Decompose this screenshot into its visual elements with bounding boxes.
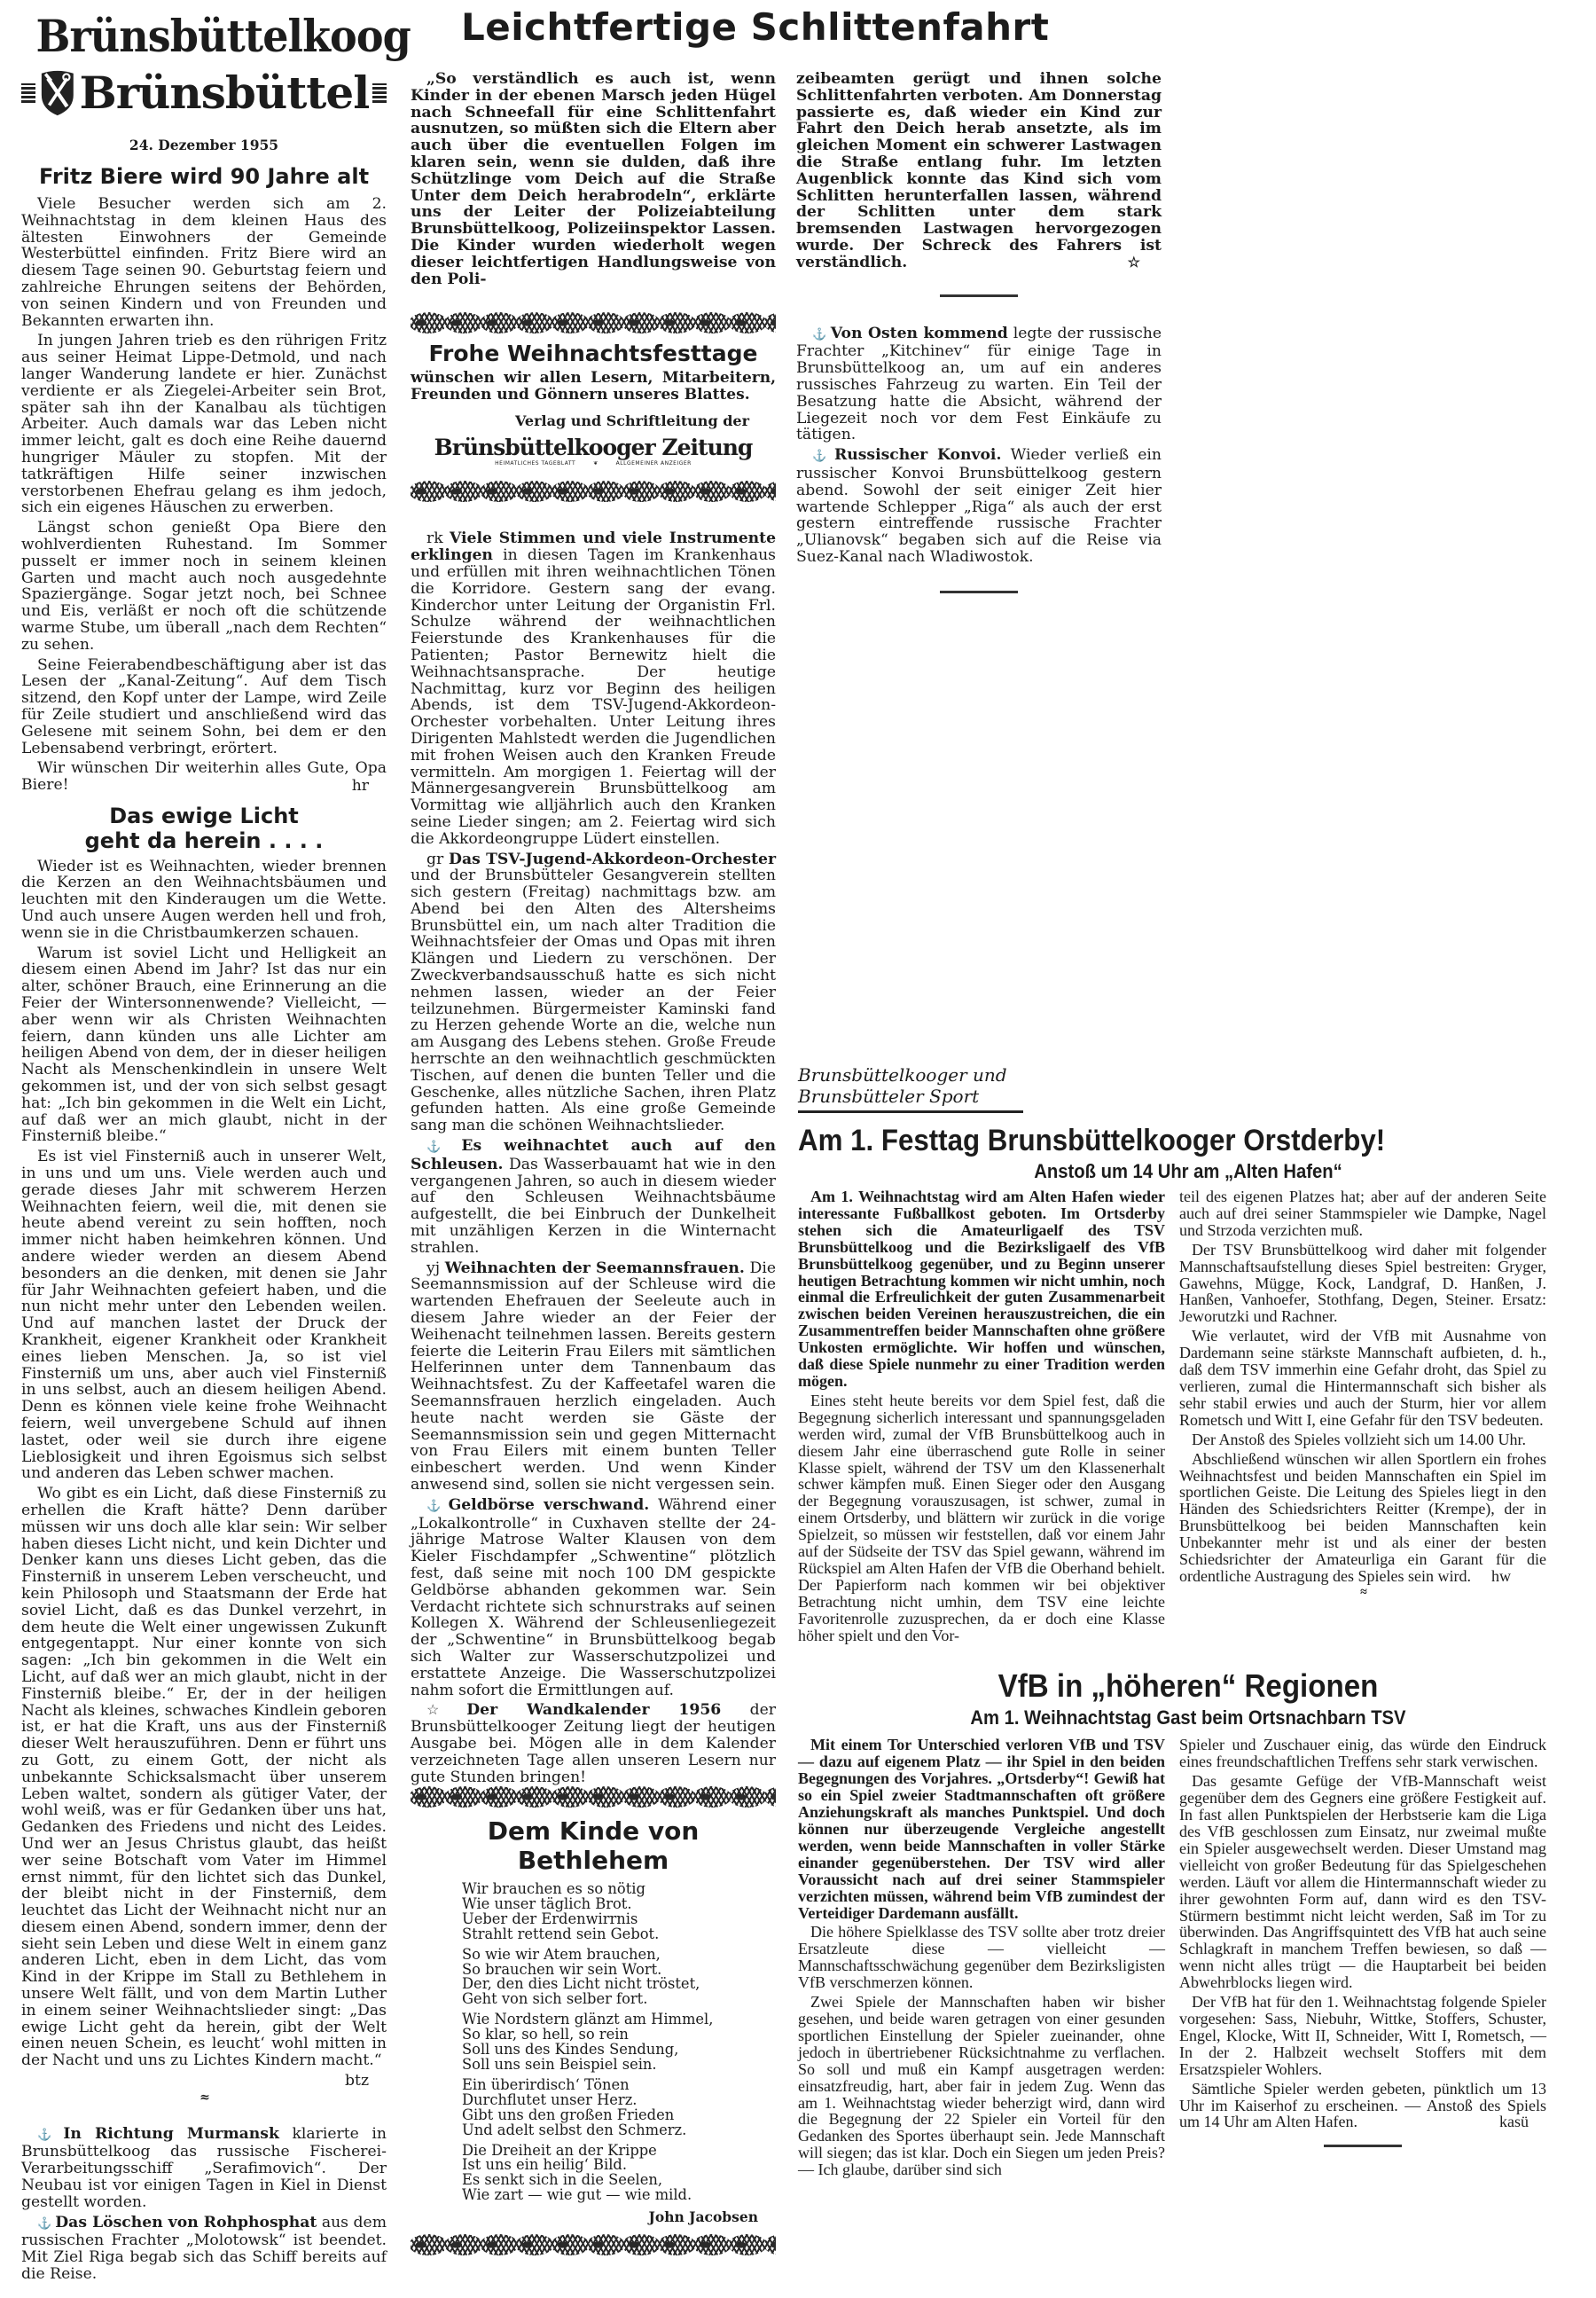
derby-headline: Am 1. Festtag Brunsbüttelkooger Orstderb… (798, 1124, 1516, 1158)
anchor-icon: ⚓ (37, 2217, 51, 2231)
list-item: ⚓Russischer Konvoi. Wieder verließ ein r… (796, 447, 1162, 566)
logo-left-text: HEIMATLICHES TAGEBLATT (495, 460, 575, 467)
ribbon-right-icon (372, 83, 387, 103)
paragraph: Wie verlautet, wird der VfB mit Ausnahme… (1179, 1328, 1546, 1428)
paragraph: Abschließend wünschen wir allen Sportler… (1179, 1451, 1546, 1585)
paragraph: Spieler und Zuschauer einig, das würde d… (1179, 1737, 1546, 1770)
divider (940, 591, 1018, 593)
schlitten-article-part-2: zeibeamten gerügt und ihnen solche Schli… (796, 71, 1162, 271)
list-item: yj Weihnachten der Seemannsfrauen. Die S… (411, 1260, 776, 1494)
paragraph: Wo gibt es ein Licht, daß diese Finstern… (21, 1486, 387, 2069)
author-code: yj (426, 1259, 440, 1277)
middle-column: „So verständlich es auch ist, wenn Kinde… (411, 71, 776, 1789)
masthead-title-1: Brünsbüttelkoog (35, 12, 372, 60)
paragraph: „So verständlich es auch ist, wenn Kinde… (411, 71, 776, 287)
fir-garland-bottom-icon (411, 2232, 776, 2257)
masthead-row-2: Brünsbüttel (21, 60, 387, 126)
anchor-icon: ⚓ (812, 328, 827, 341)
list-item: ☆Der Wandkalender 1956 der Brunsbüttelko… (411, 1702, 776, 1785)
sport-section-header: Brunsbüttelkooger und Brunsbütteler Spor… (798, 1064, 1023, 1113)
poem-stanza: Ein überirdisch‘ Tönen Durchflutet unser… (462, 2078, 776, 2138)
vfb-col-2: Spieler und Zuschauer einig, das würde d… (1179, 1737, 1546, 2181)
paragraph: Der Anstoß des Spieles vollzieht sich um… (1179, 1431, 1546, 1448)
poem-line: So wie wir Atem brauchen, (462, 1948, 776, 1963)
frohe-headline: Frohe Weihnachtsfesttage (411, 341, 776, 366)
divider (798, 1110, 1023, 1113)
sport-section-title: Brunsbüttelkooger und Brunsbütteler Spor… (798, 1064, 1023, 1107)
author-code: rk (426, 529, 443, 547)
zeitung-logo-sub: HEIMATLICHES TAGEBLATT ❦ ALLGEMEINER ANZ… (411, 460, 776, 467)
poem-title: Dem Kinde von Bethlehem (411, 1816, 776, 1875)
poem-line: Wie zart — wie gut — wie mild. (462, 2188, 776, 2203)
paragraph: Viele Besucher werden sich am 2. Weihnac… (21, 196, 387, 329)
vfb-col-1: Mit einem Tor Unterschied verloren VfB u… (798, 1737, 1165, 2181)
frohe-text: wünschen wir allen Lesern, Mitarbeitern,… (411, 370, 776, 404)
paragraph: Wieder ist es Weihnachten, wieder brenne… (21, 859, 387, 942)
paragraph: Seine Feierabendbeschäftigung aber ist d… (21, 657, 387, 757)
paragraph: Das gesamte Gefüge der VfB-Mannschaft we… (1179, 1773, 1546, 1991)
local-news: rk Viele Stimmen und viele Instrumente e… (411, 530, 776, 1785)
paragraph: Die höhere Spielklasse des TSV sollte ab… (798, 1924, 1165, 1991)
separator-wave-icon: ≈ (1179, 1585, 1546, 1602)
paragraph: zeibeamten gerügt und ihnen solche Schli… (796, 71, 1162, 271)
headline-line-2: geht da herein . . . . (85, 828, 324, 853)
star-icon: ☆ (1128, 255, 1140, 271)
separator-wave-icon: ≈ (21, 2090, 387, 2106)
licht-article: Wieder ist es Weihnachten, wieder brenne… (21, 859, 387, 2106)
anchor-icon: ⚓ (426, 1500, 445, 1513)
verlag-line: Verlag und Schriftleitung der (411, 412, 776, 429)
sport-section: Brunsbüttelkooger und Brunsbütteler Spor… (798, 1064, 1578, 2181)
fritz-article: Viele Besucher werden sich am 2. Weihnac… (21, 196, 387, 795)
poem-stanza: So wie wir Atem brauchen, So brauchen wi… (462, 1948, 776, 2008)
fir-garland-top-icon (411, 310, 776, 335)
divider (1324, 2145, 1402, 2147)
poem-line: Soll uns sein Beispiel sein. (462, 2058, 776, 2073)
logo-right-text: ALLGEMEINER ANZEIGER (616, 460, 692, 467)
fir-garland-bottom-icon (411, 479, 776, 504)
masthead: Brünsbüttelkoog Brünsbüttel 24. Dezember… (21, 12, 387, 153)
lead-paragraph: Am 1. Weihnachtstag wird am Alten Hafen … (798, 1188, 1165, 1390)
right-upper-column: zeibeamten gerügt und ihnen solche Schli… (796, 71, 1162, 593)
zeitung-logo: Brünsbüttelkooger Zeitung HEIMATLICHES T… (411, 435, 776, 467)
poem-stanza: Die Dreiheit an der Krippe Ist uns ein h… (462, 2144, 776, 2204)
derby-article: Am 1. Weihnachtstag wird am Alten Hafen … (798, 1188, 1578, 1646)
paragraph: In jungen Jahren trieb es den rührigen F… (21, 333, 387, 516)
poem-box: Dem Kinde von Bethlehem Wir brauchen es … (411, 1784, 776, 2257)
poem-line: Und adelt selbst den Schmerz. (462, 2123, 776, 2138)
paragraph: Warum ist soviel Licht und Helligkeit an… (21, 945, 387, 1146)
masthead-title-2: Brünsbüttel (79, 68, 369, 118)
licht-headline: Das ewige Licht geht da herein . . . . (21, 804, 387, 853)
zeitung-logo-name: Brünsbüttelkooger Zeitung (411, 435, 776, 460)
fritz-headline: Fritz Biere wird 90 Jahre alt (21, 164, 387, 189)
list-item: ⚓Von Osten kommend legte der russische F… (796, 325, 1162, 444)
paragraph: Längst schon genießt Opa Biere den wohlv… (21, 520, 387, 653)
paragraph: Es ist viel Finsterniß auch in unserer W… (21, 1149, 387, 1482)
list-item: ⚓Es weihnachtet auch auf den Schleusen. … (411, 1138, 776, 1257)
lead-paragraph: Mit einem Tor Unterschied verloren VfB u… (798, 1737, 1165, 1921)
derby-subhead: Anstoß um 14 Uhr am „Alten Hafen“ (829, 1160, 1547, 1183)
divider (940, 294, 1018, 297)
headline-line-1: Das ewige Licht (109, 804, 299, 828)
poem-stanza: Wie Nordstern glänzt am Himmel, So klar,… (462, 2012, 776, 2073)
paragraph: Zwei Spiele der Mannschaften haben wir b… (798, 1994, 1165, 2178)
derby-col-2: teil des eigenen Platzes hat; aber auf d… (1179, 1188, 1546, 1646)
vfb-subhead: Am 1. Weihnachtstag Gast beim Ortsnachba… (829, 1706, 1547, 1729)
poem-stanza: Wir brauchen es so nötig Wie unser tägli… (462, 1882, 776, 1942)
anchor-icon: ⚓ (426, 1141, 458, 1154)
list-item: ⚓Geldbörse verschwand. Während einer „Lo… (411, 1497, 776, 1699)
paragraph: teil des eigenen Platzes hat; aber auf d… (1179, 1188, 1546, 1239)
schlitten-headline: Leichtfertige Schlittenfahrt (461, 5, 1049, 49)
derby-col-1: Am 1. Weihnachtstag wird am Alten Hafen … (798, 1188, 1165, 1646)
paragraph: Der TSV Brunsbüttelkoog wird daher mit f… (1179, 1242, 1546, 1326)
list-item: ⚓In Richtung Murmansk klarierte in Bruns… (21, 2126, 387, 2211)
star-icon: ☆ (426, 1701, 463, 1718)
paragraph: Eines steht heute bereits vor dem Spiel … (798, 1392, 1165, 1644)
author-code: gr (426, 851, 443, 868)
poem-line: Geht von sich selber fort. (462, 1992, 776, 2007)
list-item: ⚓Das Löschen von Rohphosphat aus dem rus… (21, 2215, 387, 2283)
fir-garland-top-icon (411, 1784, 776, 1809)
crest-ornament-icon: ❦ (593, 460, 598, 467)
issue-date: 24. Dezember 1955 (21, 137, 387, 153)
vfb-headline: VfB in „höheren“ Regionen (829, 1667, 1547, 1705)
ribbon-left-icon (21, 83, 35, 103)
paragraph: Der VfB hat für den 1. Weihnachtstag fol… (1179, 1994, 1546, 2078)
left-column: Brünsbüttelkoog Brünsbüttel 24. Dezember… (21, 12, 387, 2286)
poem-author: John Jacobsen (411, 2208, 776, 2225)
anchor-icon: ⚓ (812, 450, 831, 463)
signature: btz (21, 2073, 387, 2090)
vfb-article: Mit einem Tor Unterschied verloren VfB u… (798, 1737, 1578, 2181)
poem-line: Strahlt rettend sein Gebot. (462, 1927, 776, 1942)
anchor-crest-icon (39, 60, 76, 126)
ship-news-right: ⚓Von Osten kommend legte der russische F… (796, 325, 1162, 566)
signature: hr (21, 778, 387, 795)
poem-body: Wir brauchen es so nötig Wie unser tägli… (411, 1882, 776, 2203)
ship-news-left: ⚓In Richtung Murmansk klarierte in Bruns… (21, 2126, 387, 2283)
anchor-icon: ⚓ (37, 2129, 59, 2142)
list-item: gr Das TSV-Jugend-Akkordeon-Orchester un… (411, 851, 776, 1135)
schlitten-article-part-1: „So verständlich es auch ist, wenn Kinde… (411, 71, 776, 287)
list-item: rk Viele Stimmen und viele Instrumente e… (411, 530, 776, 847)
